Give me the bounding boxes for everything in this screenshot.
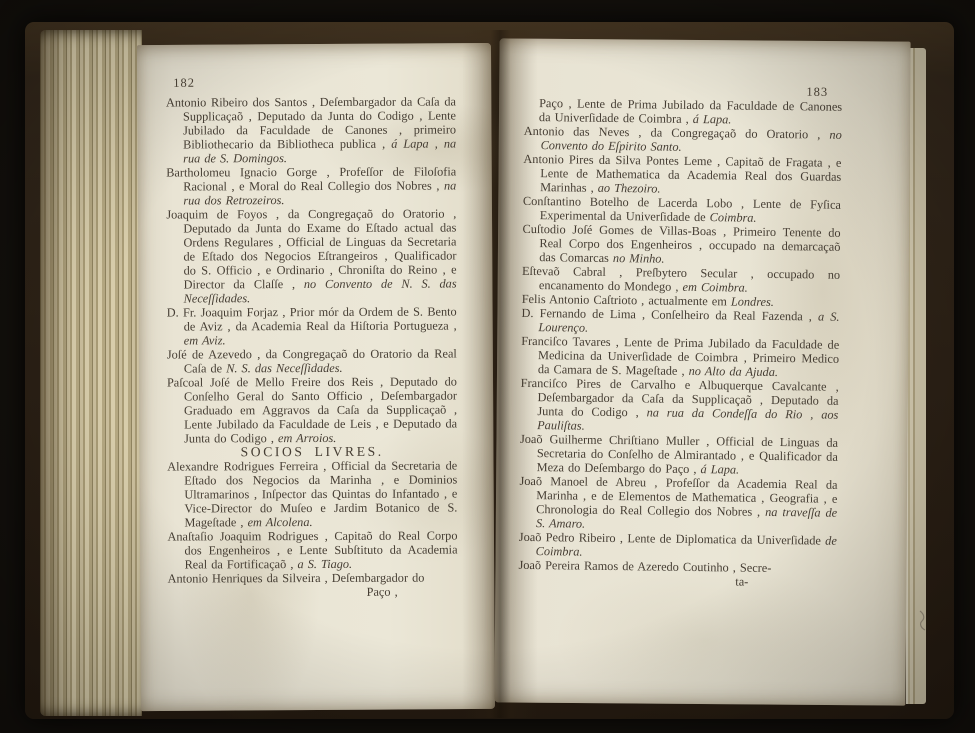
member-entry: Antonio Pires da Silva Pontes Leme , Cap… (523, 152, 841, 198)
catchword: ta- (518, 572, 836, 590)
member-entry: Joaõ Manoel de Abreu , Profeſſor da Acad… (519, 474, 838, 534)
left-page-text: Antonio Ribeiro dos Santos , Deſembargad… (166, 95, 458, 600)
member-entry: Bartholomeu Ignacio Gorge , Profeſſor de… (166, 165, 456, 208)
member-entry: Cuſtodio Joſé Gomes de Villas-Boas , Pri… (522, 222, 840, 268)
member-entry: Eſtevaõ Cabral , Preſbytero Secular , oc… (522, 264, 840, 296)
page-number-right: 183 (806, 85, 828, 100)
pencil-mark (916, 608, 930, 634)
section-heading: SOCIOS LIVRES. (167, 445, 457, 460)
member-entry: Antonio Ribeiro dos Santos , Deſembargad… (166, 95, 456, 166)
catchword: Paço , (168, 585, 458, 600)
right-page: 183 Paço , Lente de Prima Jubilado da Fa… (494, 38, 910, 705)
member-entry: Joaõ Pedro Ribeiro , Lente de Diplomatic… (519, 530, 837, 562)
member-entry: D. Fr. Joaquim Forjaz , Prior mór da Ord… (167, 305, 457, 348)
member-entry: Antonio Henriques da Silveira , Deſembar… (168, 571, 458, 586)
member-entry: Joaõ Guilherme Chriſtiano Muller , Offic… (520, 432, 838, 478)
member-entry: Franciſco Tavares , Lente de Prima Jubil… (521, 334, 839, 380)
page-number-left: 182 (173, 76, 195, 91)
member-entry: Alexandre Rodrigues Ferreira , Official … (167, 459, 457, 530)
right-page-text: Paço , Lente de Prima Jubilado da Faculd… (518, 96, 842, 590)
member-entry: Anaſtaſio Joaquim Rodrigues , Capitaõ do… (167, 529, 457, 572)
member-entry: Joaquim de Foyos , da Congregaçaõ do Ora… (166, 207, 456, 306)
member-entry: Paſcoal Joſé de Mello Freire dos Reis , … (167, 375, 457, 446)
member-entry: Paço , Lente de Prima Jubilado da Faculd… (524, 96, 842, 128)
member-entry: D. Fernando de Lima , Conſelheiro da Rea… (521, 306, 839, 338)
member-entry: Conſtantino Botelho de Lacerda Lobo , Le… (523, 194, 841, 226)
page-fore-edge-left (40, 30, 142, 716)
member-entry: Antonio das Neves , da Congregaçaõ do Or… (524, 124, 842, 156)
left-page: 182 Antonio Ribeiro dos Santos , Deſemba… (137, 43, 495, 711)
book-spread-photo: 182 Antonio Ribeiro dos Santos , Deſemba… (0, 0, 975, 733)
member-entry: Joſé de Azevedo , da Congregaçaõ do Orat… (167, 347, 457, 376)
member-entry: Franciſco Pires de Carvalho e Albuquerqu… (520, 376, 839, 436)
